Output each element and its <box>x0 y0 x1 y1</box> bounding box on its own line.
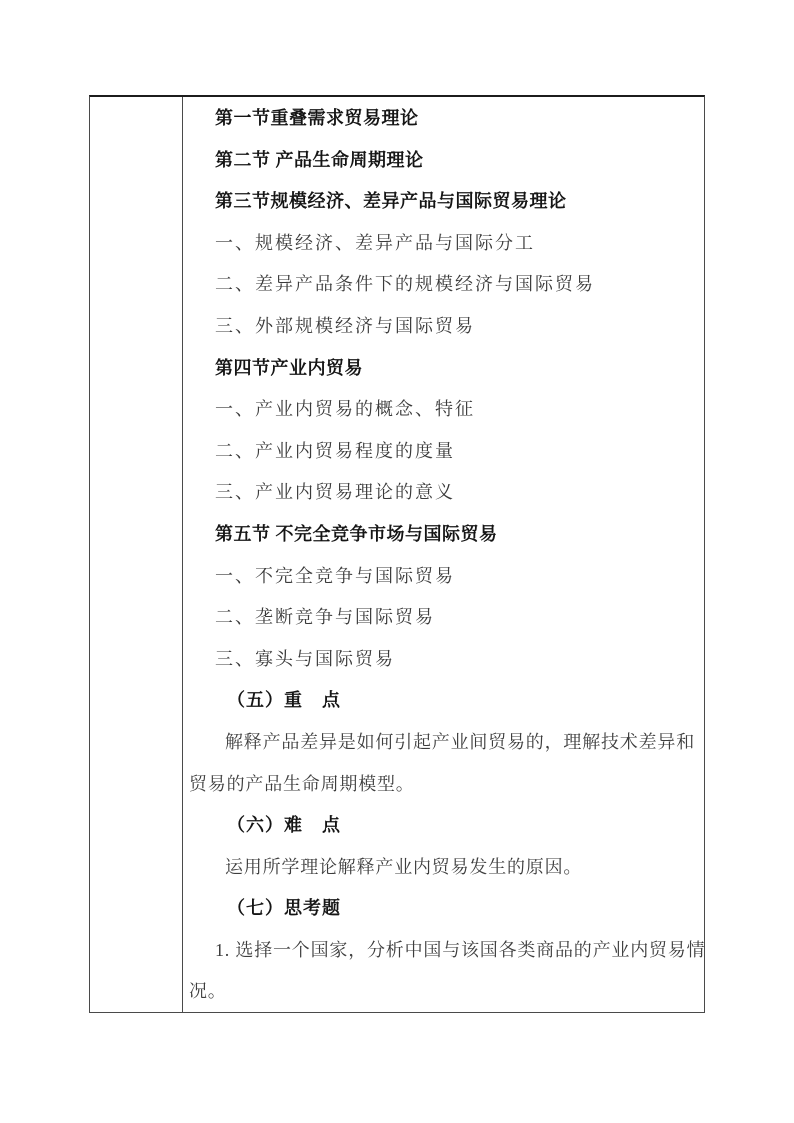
text-line: 一、规模经济、差异产品与国际分工 <box>189 223 700 265</box>
text-line: 第一节重叠需求贸易理论 <box>189 98 700 140</box>
table-left-cell <box>90 97 183 1012</box>
text-line: 运用所学理论解释产业内贸易发生的原因。 <box>189 847 700 889</box>
table-content-cell: 第一节重叠需求贸易理论第二节 产品生命周期理论第三节规模经济、差异产品与国际贸易… <box>183 97 704 1012</box>
text-line: 第五节 不完全竞争市场与国际贸易 <box>189 514 700 556</box>
text-line: （七）思考题 <box>189 888 700 930</box>
text-line: 况。 <box>189 971 700 1012</box>
text-line: 第三节规模经济、差异产品与国际贸易理论 <box>189 181 700 223</box>
text-line: 三、寡头与国际贸易 <box>189 639 700 681</box>
syllabus-table: 第一节重叠需求贸易理论第二节 产品生命周期理论第三节规模经济、差异产品与国际贸易… <box>89 95 705 1013</box>
text-line: 一、不完全竞争与国际贸易 <box>189 556 700 598</box>
text-line: 第四节产业内贸易 <box>189 348 700 390</box>
text-line: 三、外部规模经济与国际贸易 <box>189 306 700 348</box>
text-line: （六）难 点 <box>189 805 700 847</box>
text-line: （五）重 点 <box>189 680 700 722</box>
text-line: 二、差异产品条件下的规模经济与国际贸易 <box>189 264 700 306</box>
text-line: 1. 选择一个国家，分析中国与该国各类商品的产业内贸易情 <box>189 930 700 972</box>
text-line: 第二节 产品生命周期理论 <box>189 140 700 182</box>
text-line: 二、垄断竞争与国际贸易 <box>189 597 700 639</box>
text-line: 二、产业内贸易程度的度量 <box>189 431 700 473</box>
text-line: 一、产业内贸易的概念、特征 <box>189 389 700 431</box>
document-page: 第一节重叠需求贸易理论第二节 产品生命周期理论第三节规模经济、差异产品与国际贸易… <box>0 0 794 1123</box>
text-line: 解释产品差异是如何引起产业间贸易的，理解技术差异和 <box>189 722 700 764</box>
text-line: 三、产业内贸易理论的意义 <box>189 472 700 514</box>
text-line: 贸易的产品生命周期模型。 <box>189 764 700 806</box>
